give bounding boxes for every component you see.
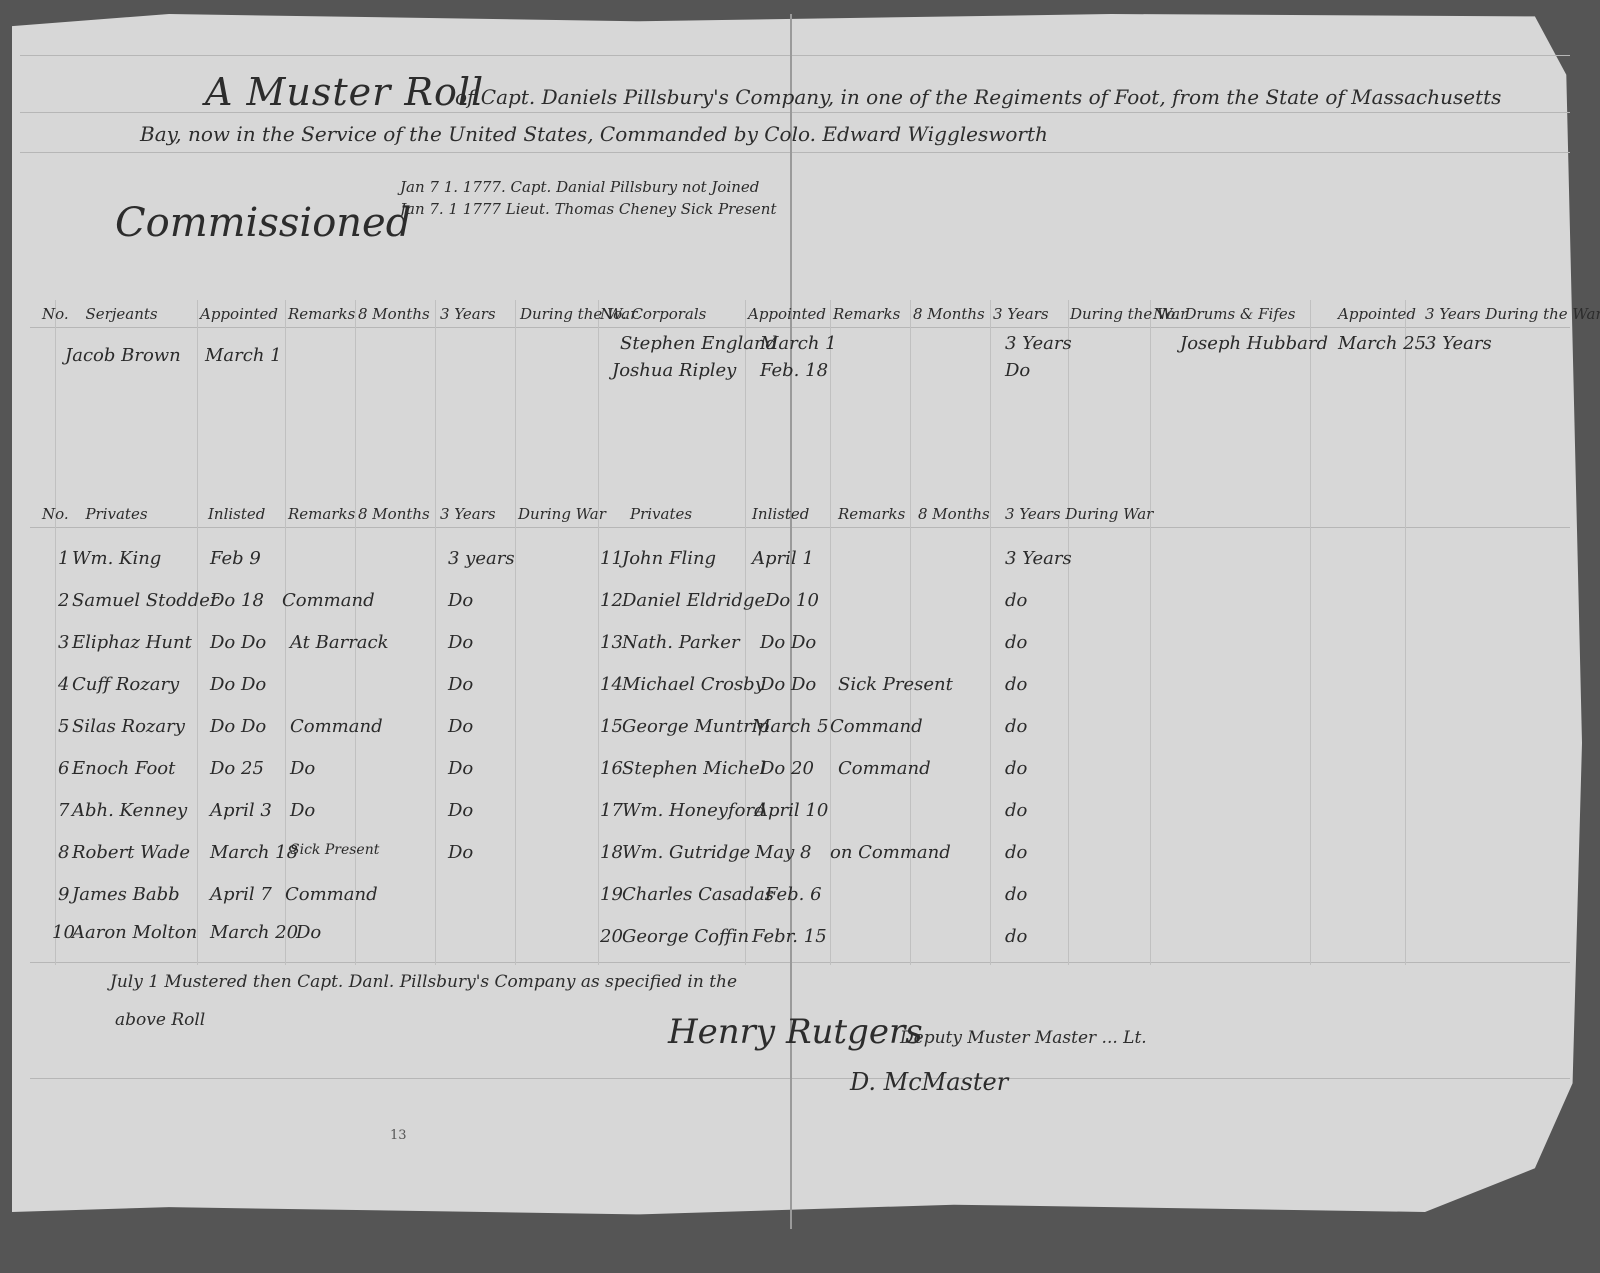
column-line [830, 300, 831, 965]
private-name: Stephen Michel [622, 758, 766, 779]
certification-line-2: above Roll [115, 1010, 205, 1030]
private-term: do [1005, 716, 1027, 737]
private-no: 5 [58, 716, 69, 737]
column-line [745, 300, 746, 965]
header-during-war: During War [518, 505, 606, 523]
private-no: 12 [600, 590, 623, 611]
private-term: 3 Years [1005, 548, 1072, 569]
column-line [285, 300, 286, 965]
private-inlisted: Do 20 [760, 758, 814, 779]
private-inlisted: Do 25 [210, 758, 264, 779]
corporal-term: 3 Years [1005, 333, 1072, 354]
drummer-name: Joseph Hubbard [1180, 333, 1328, 354]
ruled-line [30, 962, 1570, 963]
private-inlisted: Do Do [210, 632, 266, 653]
private-term: 3 years [448, 548, 515, 569]
header-no: No. [600, 305, 627, 323]
commission-date: Jan 7 1. 1777. [400, 178, 506, 196]
private-remarks: Command [838, 758, 931, 779]
header-remarks: Remarks [288, 305, 355, 323]
private-no: 7 [58, 800, 69, 821]
private-term: do [1005, 632, 1027, 653]
private-no: 9 [58, 884, 69, 905]
drummer-term: 3 Years [1425, 333, 1492, 354]
private-remarks: Command [830, 716, 923, 737]
private-remarks: Do [290, 800, 315, 821]
private-name: Enoch Foot [72, 758, 175, 779]
private-inlisted: May 8 [755, 842, 812, 863]
column-line [1150, 300, 1151, 965]
private-no: 14 [600, 674, 623, 695]
private-term: Do [448, 716, 473, 737]
private-remarks: Do [296, 922, 321, 943]
private-no: 2 [58, 590, 69, 611]
private-term: do [1005, 800, 1027, 821]
drummer-appointed: March 25 [1338, 333, 1426, 354]
header-inlisted: Inlisted [208, 505, 265, 523]
private-term: Do [448, 800, 473, 821]
sergeant-name: Jacob Brown [65, 345, 181, 366]
sergeants-header: No. Serjeants [42, 305, 158, 323]
private-remarks: on Command [830, 842, 951, 863]
column-line [1068, 300, 1069, 965]
private-inlisted: Do Do [210, 716, 266, 737]
header-3-years: 3 Years [440, 305, 496, 323]
commissioned-label: Commissioned [115, 200, 411, 246]
header-no: No. [1153, 305, 1180, 323]
private-name: Samuel Stodder [72, 590, 219, 611]
private-no: 18 [600, 842, 623, 863]
commissioned-entry: Jan 7. 1 1777 Lieut. Thomas Cheney Sick … [400, 200, 776, 218]
private-name: Charles Casadas [622, 884, 774, 905]
header-appointed: Appointed [200, 305, 278, 323]
private-inlisted: March 20 [210, 922, 298, 943]
private-no: 6 [58, 758, 69, 779]
header-remarks: Remarks [288, 505, 355, 523]
private-inlisted: Do Do [210, 674, 266, 695]
private-inlisted: Feb. 6 [765, 884, 822, 905]
header-3-years: 3 Years [993, 305, 1049, 323]
title-line-1: of Capt. Daniels Pillsbury's Company, in… [455, 85, 1501, 109]
private-name: Wm. King [72, 548, 161, 569]
sergeant-appointed: March 1 [205, 345, 282, 366]
private-inlisted: Do Do [760, 632, 816, 653]
private-inlisted: Do Do [760, 674, 816, 695]
private-no: 8 [58, 842, 69, 863]
private-inlisted: April 10 [755, 800, 828, 821]
private-inlisted: Febr. 15 [752, 926, 827, 947]
column-line [990, 300, 991, 965]
column-line [1405, 300, 1406, 965]
corporal-term: Do [1005, 360, 1030, 381]
column-line [598, 300, 599, 965]
private-name: Wm. Gutridge [622, 842, 750, 863]
private-term: do [1005, 926, 1027, 947]
certification-line-1: July 1 Mustered then Capt. Danl. Pillsbu… [110, 972, 737, 992]
corporal-name: Stephen England [620, 333, 777, 354]
private-no: 15 [600, 716, 623, 737]
corporal-appointed: Feb. 18 [760, 360, 828, 381]
private-remarks: Command [282, 590, 375, 611]
header-8-months: 8 Months [918, 505, 990, 523]
private-no: 11 [600, 548, 623, 569]
private-name: Cuff Rozary [72, 674, 179, 695]
private-term: Do [448, 842, 473, 863]
private-name: Robert Wade [72, 842, 190, 863]
private-no: 20 [600, 926, 623, 947]
private-name: James Babb [72, 884, 180, 905]
private-name: Michael Crosby [622, 674, 765, 695]
private-remarks: Sick Present [290, 842, 379, 858]
private-inlisted: Do 10 [765, 590, 819, 611]
ruled-line [30, 527, 1570, 528]
private-name: George Muntrip [622, 716, 769, 737]
private-term: Do [448, 632, 473, 653]
header-no: No. [42, 305, 69, 323]
private-inlisted: April 3 [210, 800, 272, 821]
ruled-line [30, 1078, 1570, 1079]
page-mark: 13 [390, 1128, 407, 1143]
private-name: Nath. Parker [622, 632, 740, 653]
private-inlisted: Feb 9 [210, 548, 261, 569]
private-remarks: Command [285, 884, 378, 905]
corporal-appointed: March 1 [760, 333, 837, 354]
header-8-months: 8 Months [358, 305, 430, 323]
signature-henry-rutgers: Henry Rutgers [668, 1012, 923, 1052]
header-serjeants: Serjeants [85, 305, 157, 323]
private-inlisted: March 5 [752, 716, 829, 737]
header-inlisted: Inlisted [752, 505, 809, 523]
private-no: 1 [58, 548, 69, 569]
private-inlisted: April 7 [210, 884, 272, 905]
private-term: do [1005, 674, 1027, 695]
ruled-line [30, 327, 1570, 328]
private-term: do [1005, 884, 1027, 905]
private-no: 16 [600, 758, 623, 779]
commissioned-entry: Jan 7 1. 1777. Capt. Danial Pillsbury no… [400, 178, 759, 196]
privates-header: No. Privates [42, 505, 148, 523]
header-privates: Privates [85, 505, 147, 523]
title-prefix: A Muster Roll [205, 70, 484, 114]
private-name: Wm. Honeyford [622, 800, 766, 821]
commission-remark: Sick Present [681, 200, 777, 218]
private-term: do [1005, 842, 1027, 863]
header-3-years: 3 Years [1005, 505, 1061, 523]
private-name: Silas Rozary [72, 716, 185, 737]
private-term: Do [448, 758, 473, 779]
private-name: John Fling [622, 548, 716, 569]
commission-date: Jan 7. 1 1777 [400, 200, 501, 218]
title-line-2: Bay, now in the Service of the United St… [140, 122, 1048, 146]
header-remarks: Remarks [833, 305, 900, 323]
private-no: 13 [600, 632, 623, 653]
right-terms-header: 3 Years During War [1005, 505, 1153, 523]
private-term: Do [448, 674, 473, 695]
private-no: 4 [58, 674, 69, 695]
column-line [435, 300, 436, 965]
header-corporals: Corporals [631, 305, 706, 323]
header-during-war: During War [1065, 505, 1153, 523]
header-8-months: 8 Months [913, 305, 985, 323]
header-appointed: Appointed [1338, 305, 1416, 323]
header-appointed: Appointed [748, 305, 826, 323]
private-name: George Coffin [622, 926, 749, 947]
private-no: 17 [600, 800, 623, 821]
private-remarks: Do [290, 758, 315, 779]
private-no: 19 [600, 884, 623, 905]
private-term: do [1005, 590, 1027, 611]
drums-fifes-header: No. Drums & Fifes [1153, 305, 1295, 323]
header-during-war: During the War [1485, 305, 1600, 323]
ruled-line [20, 55, 1570, 56]
private-remarks: Command [290, 716, 383, 737]
header-3-years: 3 Years [440, 505, 496, 523]
column-line [197, 300, 198, 965]
private-term: Do [448, 590, 473, 611]
private-name: Abh. Kenney [72, 800, 187, 821]
private-name: Daniel Eldridge [622, 590, 765, 611]
private-name: Aaron Molton [72, 922, 197, 943]
header-privates: Privates [630, 505, 692, 523]
column-line [910, 300, 911, 965]
private-no: 3 [58, 632, 69, 653]
header-3-years: 3 Years [1425, 305, 1481, 323]
signature-title: Deputy Muster Master ... Lt. [900, 1028, 1147, 1048]
header-no: No. [42, 505, 69, 523]
signature-mcmaster: D. McMaster [850, 1068, 1008, 1096]
private-remarks: Sick Present [838, 674, 953, 695]
commission-remark: not Joined [682, 178, 759, 196]
corporals-header: No. Corporals [600, 305, 706, 323]
private-inlisted: April 1 [752, 548, 814, 569]
column-line [55, 300, 56, 965]
header-remarks: Remarks [838, 505, 905, 523]
column-line [515, 300, 516, 965]
commission-name: Lieut. Thomas Cheney [506, 200, 676, 218]
private-remarks: At Barrack [290, 632, 389, 653]
commission-name: Capt. Danial Pillsbury [511, 178, 678, 196]
column-line [1310, 300, 1311, 965]
header-drums-fifes: Drums & Fifes [1184, 305, 1295, 323]
private-name: Eliphaz Hunt [72, 632, 192, 653]
private-inlisted: Do 18 [210, 590, 264, 611]
private-term: do [1005, 758, 1027, 779]
private-inlisted: March 18 [210, 842, 298, 863]
drums-fifes-terms-header: 3 Years During the War [1425, 305, 1600, 323]
ruled-line [20, 152, 1570, 153]
corporal-name: Joshua Ripley [612, 360, 736, 381]
header-8-months: 8 Months [358, 505, 430, 523]
